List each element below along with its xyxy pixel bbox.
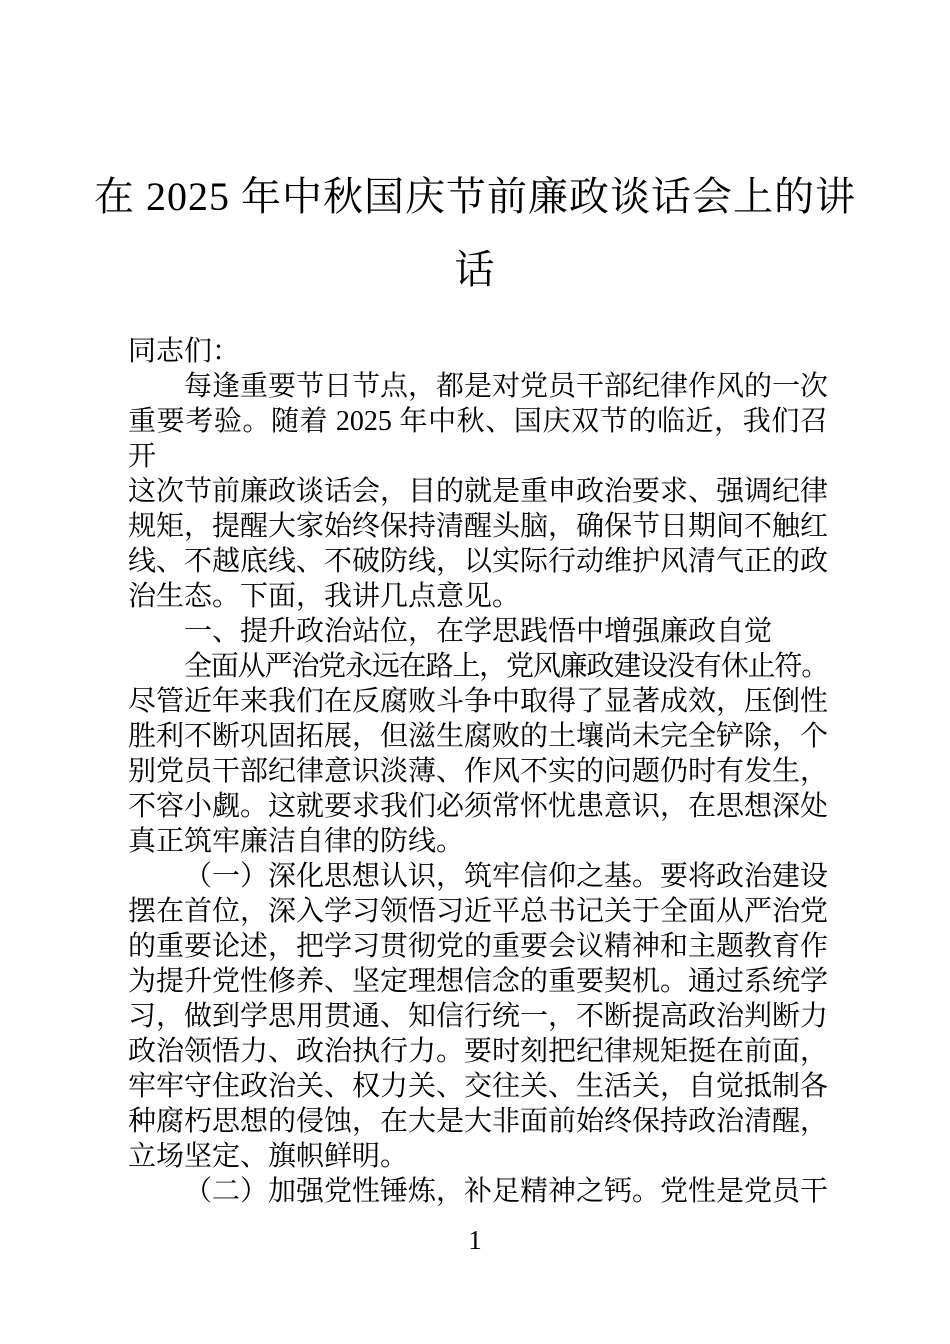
text-line: 真正筑牢廉洁自律的防线。: [128, 824, 828, 859]
text-line: 摆在首位，深入学习领悟习近平总书记关于全面从严治党: [128, 894, 828, 929]
text-line: 为提升党性修养、坚定理想信念的重要契机。通过系统学: [128, 964, 828, 999]
text-line: 全面从严治党永远在路上，党风廉政建设没有休止符。: [128, 649, 828, 684]
text-line: 的重要论述，把学习贯彻党的重要会议精神和主题教育作: [128, 929, 828, 964]
text-line: 政治领悟力、政治执行力。要时刻把纪律规矩挺在前面，: [128, 1034, 828, 1069]
text-line: 不容小觑。这就要求我们必须常怀忧患意识，在思想深处: [128, 789, 828, 824]
text-line: 同志们：: [128, 334, 828, 369]
text-line: 线、不越底线、不破防线，以实际行动维护风清气正的政: [128, 544, 828, 579]
text-line: 尽管近年来我们在反腐败斗争中取得了显著成效，压倒性: [128, 684, 828, 719]
text-line: （一）深化思想认识，筑牢信仰之基。要将政治建设: [128, 859, 828, 894]
document-body: 同志们：每逢重要节日节点，都是对党员干部纪律作风的一次重要考验。随着 2025 …: [128, 334, 828, 1209]
text-line: 别党员干部纪律意识淡薄、作风不实的问题仍时有发生，: [128, 754, 828, 789]
document-title-line-2: 话: [0, 233, 950, 306]
page-number: 1: [0, 1223, 950, 1257]
document-page: 在 2025 年中秋国庆节前廉政谈话会上的讲 话 同志们：每逢重要节日节点，都是…: [0, 0, 950, 1344]
text-line: 这次节前廉政谈话会，目的就是重申政治要求、强调纪律: [128, 474, 828, 509]
text-line: 一、提升政治站位，在学思践悟中增强廉政自觉: [128, 614, 828, 649]
text-line: 立场坚定、旗帜鲜明。: [128, 1139, 828, 1174]
document-title-line-1: 在 2025 年中秋国庆节前廉政谈话会上的讲: [0, 160, 950, 233]
text-line: 种腐朽思想的侵蚀，在大是大非面前始终保持政治清醒，: [128, 1104, 828, 1139]
text-line: 胜利不断巩固拓展，但滋生腐败的土壤尚未完全铲除，个: [128, 719, 828, 754]
text-line: （二）加强党性锤炼，补足精神之钙。党性是党员干: [128, 1174, 828, 1209]
text-line: 习，做到学思用贯通、知信行统一，不断提高政治判断力: [128, 999, 828, 1034]
text-line: 每逢重要节日节点，都是对党员干部纪律作风的一次: [128, 369, 828, 404]
text-line: 规矩，提醒大家始终保持清醒头脑，确保节日期间不触红: [128, 509, 828, 544]
document-title: 在 2025 年中秋国庆节前廉政谈话会上的讲 话: [0, 0, 950, 306]
text-line: 治生态。下面，我讲几点意见。: [128, 579, 828, 614]
text-line: 牢牢守住政治关、权力关、交往关、生活关，自觉抵制各: [128, 1069, 828, 1104]
text-line: 重要考验。随着 2025 年中秋、国庆双节的临近，我们召开: [128, 404, 828, 474]
